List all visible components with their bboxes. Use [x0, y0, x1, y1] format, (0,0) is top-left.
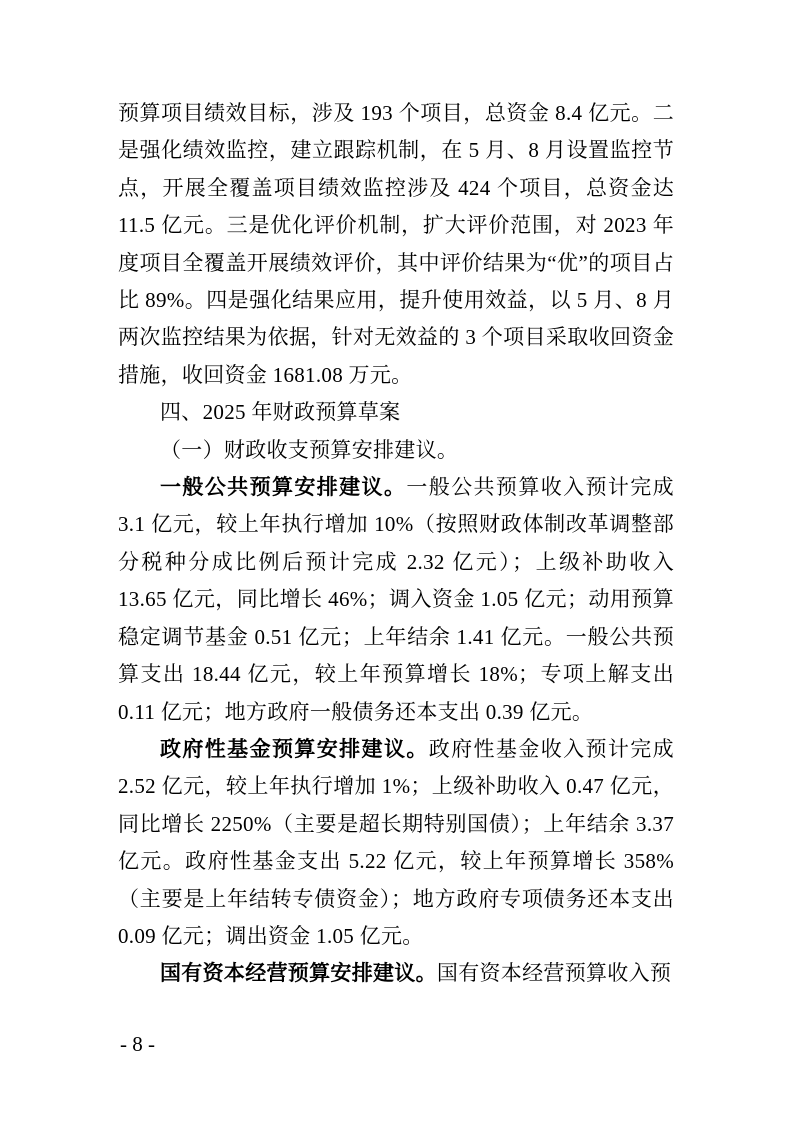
heading-section-4: 四、2025 年财政预算草案 [118, 394, 674, 431]
lead-government-funds-budget: 政府性基金预算安排建议。 [160, 737, 429, 761]
subheading-budget-arrangement: （一）财政收支预算安排建议。 [118, 432, 674, 469]
document-page: 预算项目绩效目标，涉及 193 个项目，总资金 8.4 亿元。二是强化绩效监控，… [0, 0, 793, 1122]
paragraph-text: 政府性基金收入预计完成 2.52 亿元，较上年执行增加 1%；上级补助收入 0.… [118, 737, 674, 948]
paragraph-state-capital-budget: 国有资本经营预算安排建议。国有资本经营预算收入预 [118, 955, 674, 992]
paragraph-government-funds-budget: 政府性基金预算安排建议。政府性基金收入预计完成 2.52 亿元，较上年执行增加 … [118, 731, 674, 955]
document-content: 预算项目绩效目标，涉及 193 个项目，总资金 8.4 亿元。二是强化绩效监控，… [118, 95, 674, 993]
paragraph-general-public-budget: 一般公共预算安排建议。一般公共预算收入预计完成 3.1 亿元，较上年执行增加 1… [118, 469, 674, 731]
lead-state-capital-budget: 国有资本经营预算安排建议。 [160, 961, 437, 985]
paragraph-performance-results: 预算项目绩效目标，涉及 193 个项目，总资金 8.4 亿元。二是强化绩效监控，… [118, 95, 674, 394]
lead-general-public-budget: 一般公共预算安排建议。 [160, 475, 406, 499]
paragraph-text: 国有资本经营预算收入预 [437, 961, 671, 985]
paragraph-text: 一般公共预算收入预计完成 3.1 亿元，较上年执行增加 10%（按照财政体制改革… [118, 475, 674, 723]
paragraph-text: 预算项目绩效目标，涉及 193 个项目，总资金 8.4 亿元。二是强化绩效监控，… [118, 101, 674, 387]
page-number: - 8 - [120, 1030, 155, 1058]
